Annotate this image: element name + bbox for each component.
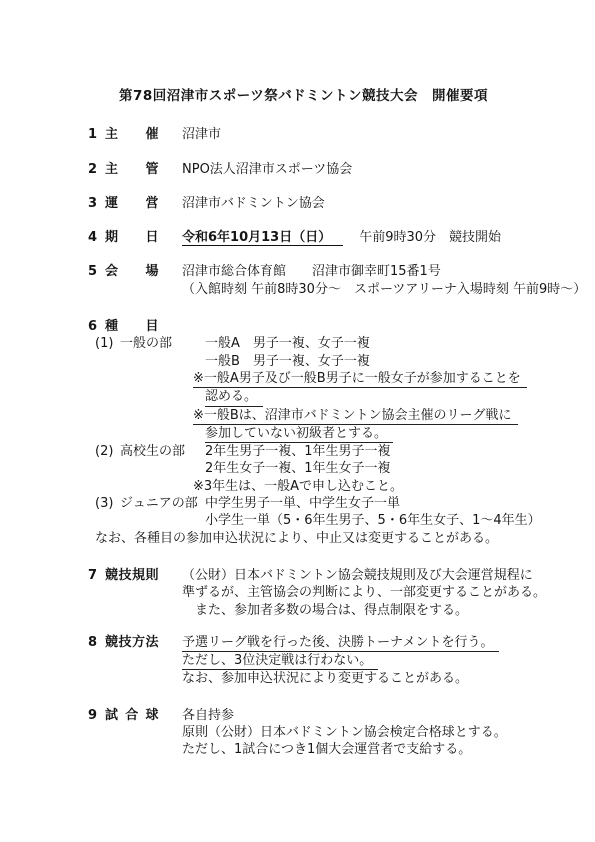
format-content: 予選リーグ戦を行った後、決勝トーナメントを行う。 ただし、3位決定戦は行わない。…: [182, 634, 547, 688]
operation-value: 沼津市バドミントン協会: [182, 195, 547, 212]
section-number: 3: [88, 195, 105, 212]
host-value: 沼津市: [182, 126, 547, 143]
event-line: 一般B 男子一複、女子一複: [205, 353, 527, 370]
section-label: 会場: [105, 263, 159, 280]
event-line: 2年生男子一複、1年生男子一複: [205, 443, 403, 460]
shuttlecock-line: ただし、1試合につき1個大会運営者で支給する。: [182, 741, 547, 758]
section-supervisor: 2 主管 NPO法人沼津市スポーツ協会: [88, 161, 547, 178]
start-time: 午前9時30分 競技開始: [359, 230, 501, 245]
group-name: ジュニアの部: [120, 495, 205, 530]
event-group-junior: (3) ジュニアの部 中学生男子一単、中学生女子一単 小学生一単（5・6年生男子…: [95, 495, 547, 530]
shuttlecock-line: 原則（公財）日本バドミントン協会検定合格球とする。: [182, 724, 547, 741]
group-number: (2): [95, 443, 120, 495]
group-name: 一般の部: [120, 335, 205, 443]
event-note: 参加していない初級者とする。: [205, 425, 527, 443]
shuttlecock-line: 各自持参: [182, 707, 547, 724]
event-group-highschool: (2) 高校生の部 2年生男子一複、1年生男子一複 2年生女子一複、1年生女子一…: [95, 443, 547, 495]
format-line: ただし、3位決定戦は行わない。: [182, 652, 547, 670]
section-number: 1: [88, 126, 105, 143]
group-lines: 一般A 男子一複、女子一複 一般B 男子一複、女子一複 ※一般A男子及び一般B男…: [205, 335, 527, 443]
document-title: 第78回沼津市スポーツ祭バドミントン競技大会 開催要項: [74, 88, 533, 105]
event-note: ※一般Bは、沼津市バドミントン協会主催のリーグ戦に: [193, 407, 527, 425]
section-number: 7: [88, 567, 105, 584]
section-operation: 3 運営 沼津市バドミントン協会: [88, 195, 547, 212]
section-number: 6: [88, 318, 105, 335]
section-label: 主催: [105, 126, 159, 143]
format-line: なお、参加申込状況により変更することがある。: [182, 670, 547, 687]
format-line: 予選リーグ戦を行った後、決勝トーナメントを行う。: [182, 634, 547, 652]
section-venue: 5 会場 沼津市総合体育館 沼津市御幸町15番1号 （入館時刻 午前8時30分～…: [88, 263, 547, 298]
section-label: 競技規則: [105, 567, 159, 584]
supervisor-value: NPO法人沼津市スポーツ協会: [182, 161, 547, 178]
section-label: 運営: [105, 195, 159, 212]
section-number: 2: [88, 161, 105, 178]
venue-line: 沼津市総合体育館 沼津市御幸町15番1号: [182, 263, 547, 280]
events-header: 6 種目: [88, 318, 547, 335]
document-page: 第78回沼津市スポーツ祭バドミントン競技大会 開催要項 1 主催 沼津市 2 主…: [0, 0, 595, 842]
section-label: 主管: [105, 161, 159, 178]
section-number: 9: [88, 707, 105, 724]
event-line: 中学生男子一単、中学生女子一単: [205, 495, 541, 512]
event-line: 2年生女子一複、1年生女子一複: [205, 460, 403, 477]
rules-content: （公財）日本バドミントン協会競技規則及び大会運営規程に 準ずるが、主管協会の判断…: [182, 567, 547, 619]
section-label: 試合球: [105, 707, 159, 724]
event-note: ※3年生は、一般Aで申し込むこと。: [193, 478, 403, 495]
event-line: 一般A 男子一複、女子一複: [205, 335, 527, 352]
section-number: 5: [88, 263, 105, 280]
group-lines: 中学生男子一単、中学生女子一単 小学生一単（5・6年生男子、5・6年生女子、1～…: [205, 495, 541, 530]
group-lines: 2年生男子一複、1年生男子一複 2年生女子一複、1年生女子一複 ※3年生は、一般…: [205, 443, 403, 495]
date-content: 令和6年10月13日（日）午前9時30分 競技開始: [182, 229, 547, 246]
shuttlecock-content: 各自持参 原則（公財）日本バドミントン協会検定合格球とする。 ただし、1試合につ…: [182, 707, 547, 759]
event-note: 認める。: [205, 388, 527, 406]
section-events: 6 種目 (1) 一般の部 一般A 男子一複、女子一複 一般B 男子一複、女子一…: [88, 318, 547, 547]
venue-content: 沼津市総合体育館 沼津市御幸町15番1号 （入館時刻 午前8時30分～ スポーツ…: [182, 263, 547, 298]
rules-line: 準ずるが、主管協会の判断により、一部変更することがある。: [182, 584, 547, 601]
rules-line: また、参加者多数の場合は、得点制限をする。: [182, 602, 547, 619]
section-format: 8 競技方法 予選リーグ戦を行った後、決勝トーナメントを行う。 ただし、3位決定…: [88, 634, 547, 688]
section-number: 4: [88, 229, 105, 246]
rules-line: （公財）日本バドミントン協会競技規則及び大会運営規程に: [182, 567, 547, 584]
event-group-general: (1) 一般の部 一般A 男子一複、女子一複 一般B 男子一複、女子一複 ※一般…: [95, 335, 547, 443]
section-host: 1 主催 沼津市: [88, 126, 547, 143]
event-note: ※一般A男子及び一般B男子に一般女子が参加することを: [193, 370, 527, 388]
events-footnote: なお、各種目の参加申込状況により、中止又は変更することがある。: [95, 530, 547, 547]
event-line: 小学生一単（5・6年生男子、5・6年生女子、1～4年生）: [205, 512, 541, 529]
venue-note: （入館時刻 午前8時30分～ スポーツアリーナ入場時刻 午前9時～）: [182, 281, 547, 298]
section-shuttlecock: 9 試合球 各自持参 原則（公財）日本バドミントン協会検定合格球とする。 ただし…: [88, 707, 547, 759]
group-number: (3): [95, 495, 120, 530]
section-label: 競技方法: [105, 634, 159, 651]
section-date: 4 期日 令和6年10月13日（日）午前9時30分 競技開始: [88, 229, 547, 246]
group-number: (1): [95, 335, 120, 443]
section-label: 期日: [105, 229, 159, 246]
section-number: 8: [88, 634, 105, 651]
event-date: 令和6年10月13日（日）: [182, 230, 343, 246]
section-rules: 7 競技規則 （公財）日本バドミントン協会競技規則及び大会運営規程に 準ずるが、…: [88, 567, 547, 619]
section-label: 種目: [105, 318, 159, 335]
